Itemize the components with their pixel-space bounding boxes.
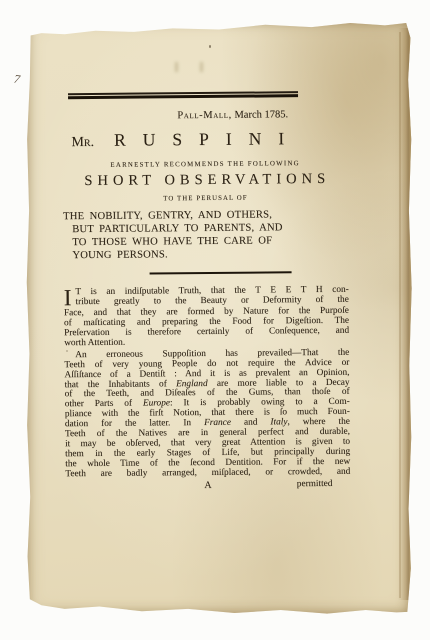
printed-text-block: Pall-Mall, March 1785. Mr. RUSPINI EARNE… xyxy=(62,91,350,493)
author-honorific: Mr. xyxy=(71,135,94,151)
drop-cap: I xyxy=(64,288,72,307)
dateline: Pall-Mall, March 1785. xyxy=(62,109,347,122)
ink-showthrough xyxy=(175,62,241,73)
author-surname: RUSPINI xyxy=(114,128,301,151)
recommendation-line: EARNESTLY RECOMMENDS THE FOLLOWING xyxy=(63,160,348,169)
paper-speck xyxy=(209,45,211,48)
double-rule xyxy=(68,91,298,99)
text-line: YOUNG PERSONS. xyxy=(63,247,348,262)
paragraph-2: An erroneous Suppoſition has prevailed—T… xyxy=(64,349,350,480)
handwritten-folio-mark: 7 xyxy=(13,72,21,88)
paragraph-1: I T is an indiſputable Truth, that the T… xyxy=(64,285,350,349)
section-rule xyxy=(150,271,292,274)
catchword: permitted xyxy=(297,478,333,488)
pamphlet-title: SHORT OBSERVATIONS xyxy=(63,171,348,190)
signature-row: A permitted xyxy=(65,478,350,492)
pamphlet-page: Pall-Mall, March 1785. Mr. RUSPINI EARNE… xyxy=(26,20,412,616)
signature-mark: A xyxy=(204,480,211,491)
dateline-date: March 1785. xyxy=(234,109,288,120)
perusal-line: TO THE PERUSAL OF xyxy=(63,194,348,203)
author-name-row: Mr. RUSPINI xyxy=(62,128,347,151)
page-stack-edge xyxy=(398,28,412,600)
document-photo: 7 Pall-Mall, March 1785. Mr. RUSPINI EAR… xyxy=(0,0,430,640)
rule-thick-line xyxy=(68,94,298,99)
dateline-place: Pall-Mall, xyxy=(177,110,232,121)
dedication-address: THE NOBILITY, GENTRY, AND OTHERS,BUT PAR… xyxy=(63,208,348,262)
